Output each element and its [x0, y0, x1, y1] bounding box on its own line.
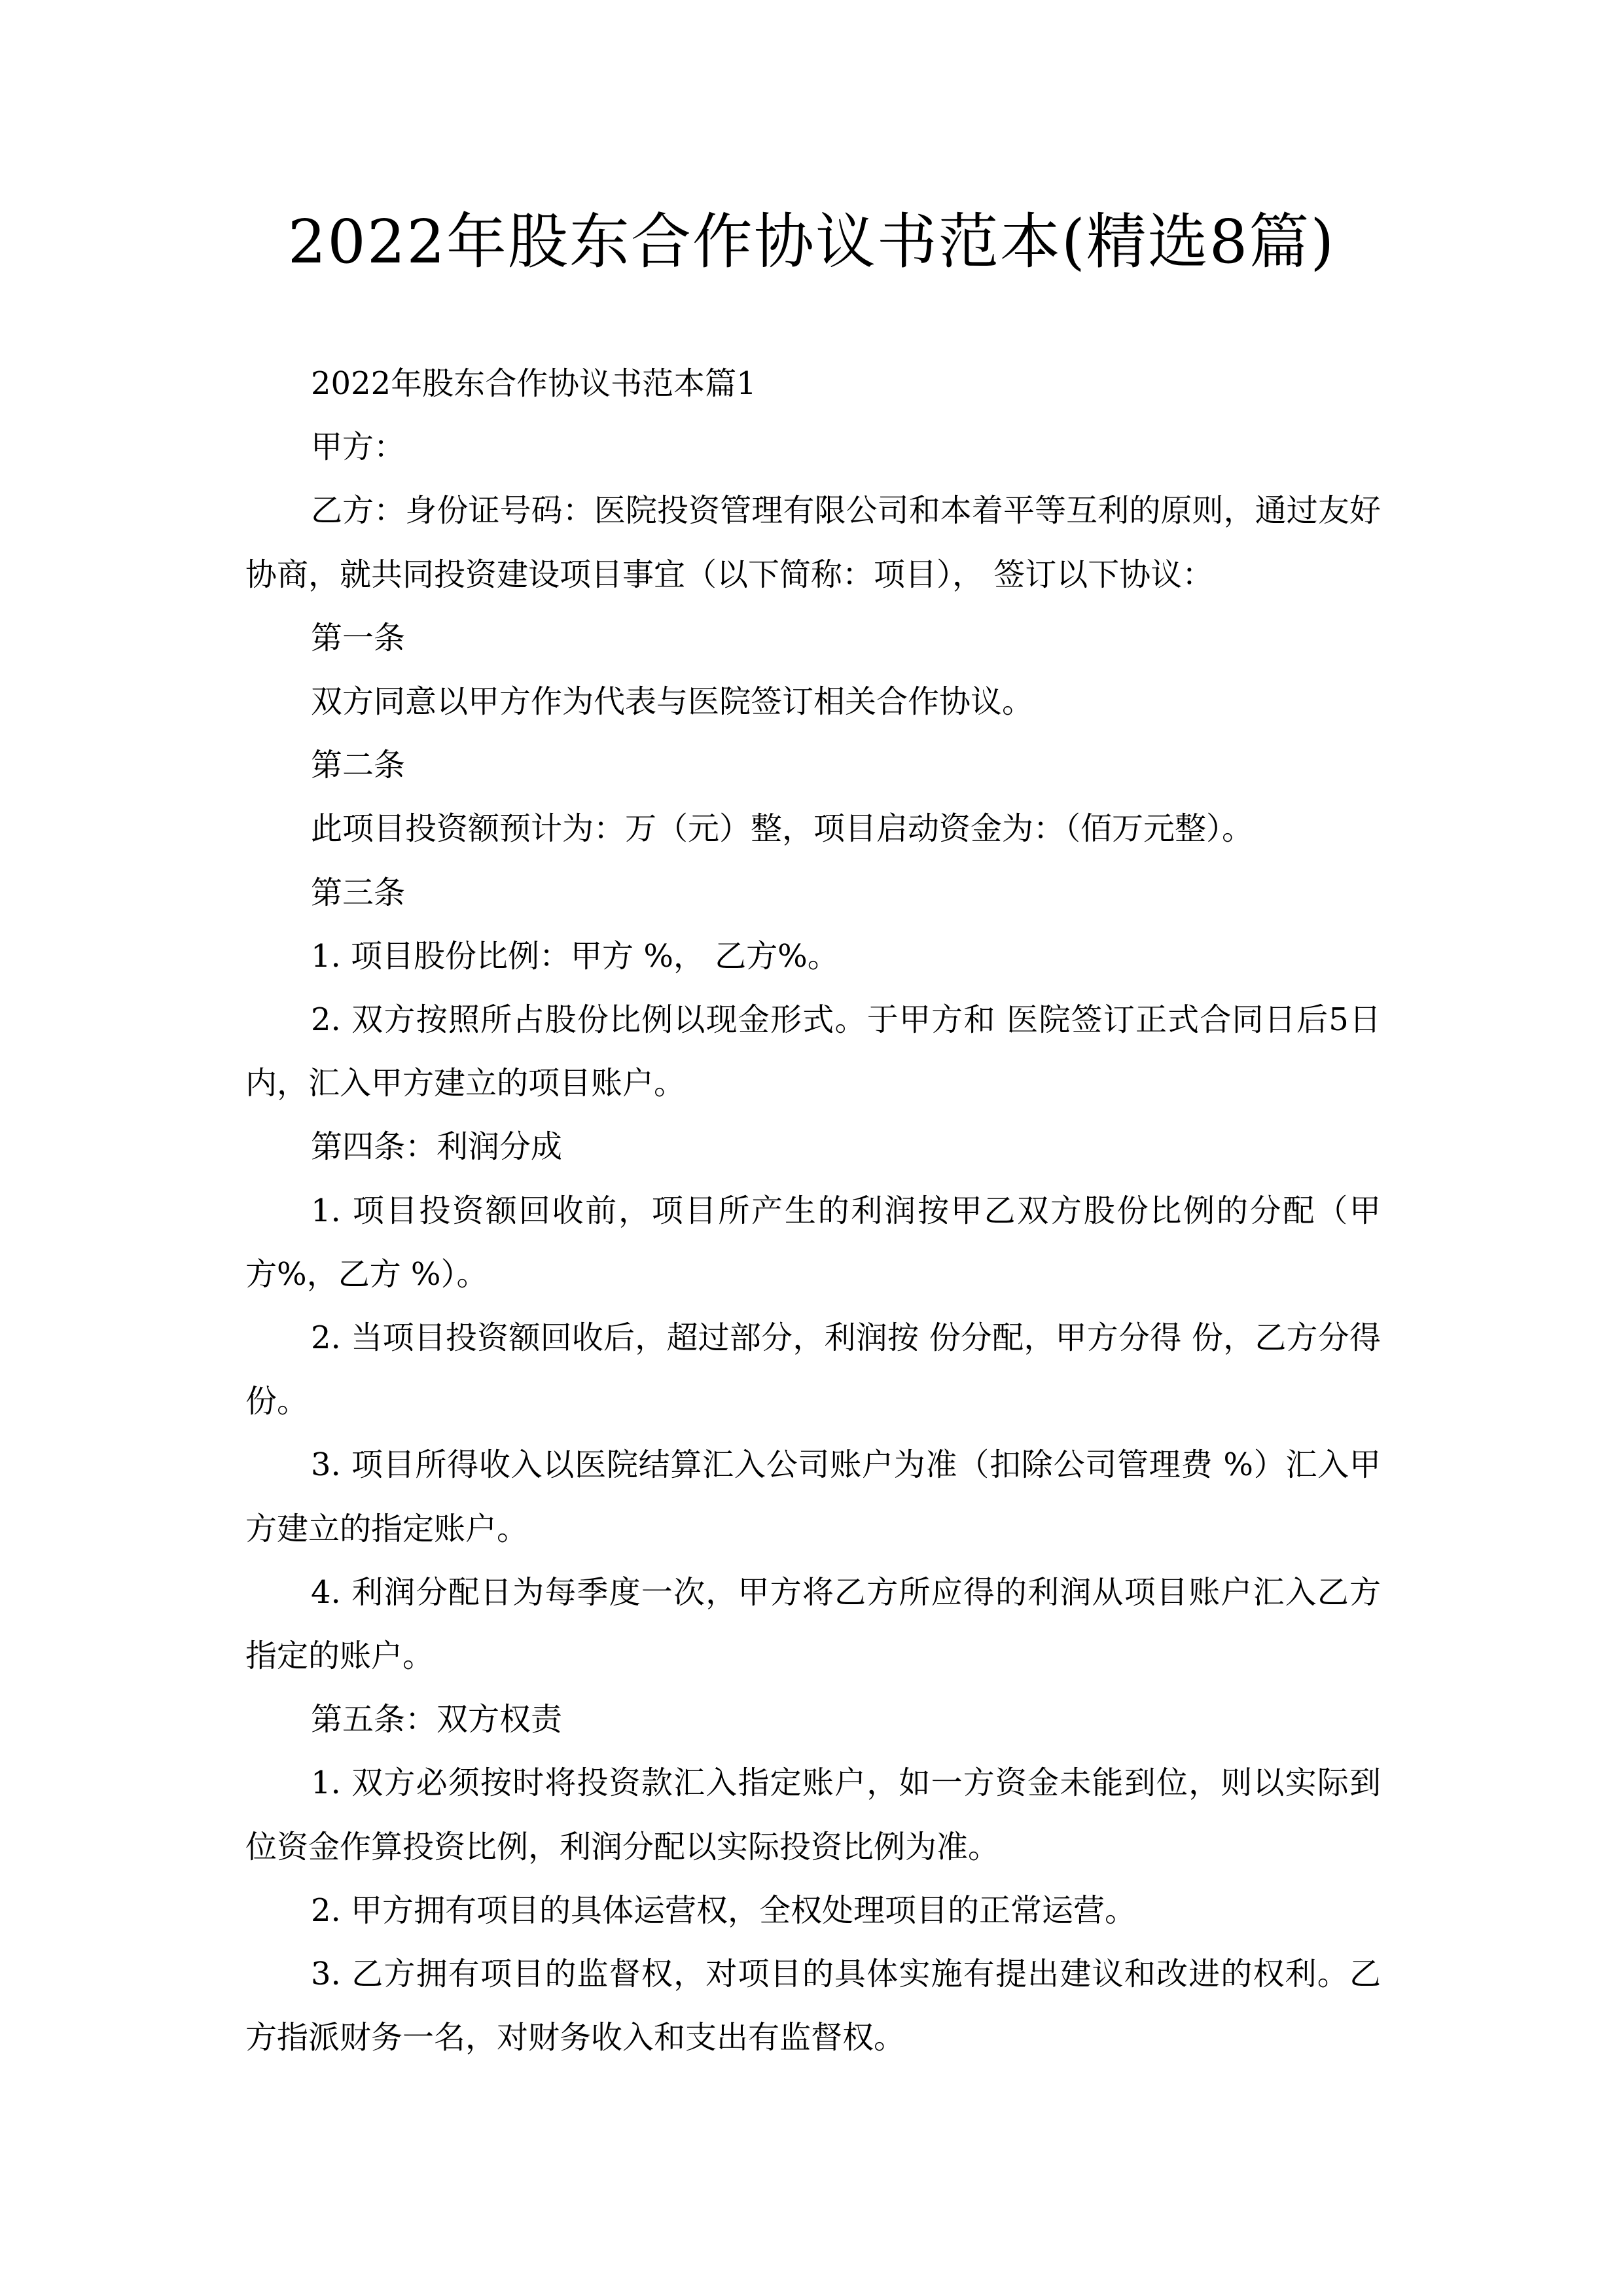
clause-heading-3: 第三条	[245, 861, 1381, 925]
clause-3-item-2: 2. 双方按照所占股份比例以现金形式。于甲方和 医院签订正式合同日后5日内，汇入…	[245, 988, 1381, 1115]
section-heading-article-1: 2022年股东合作协议书范本篇1	[245, 352, 1381, 416]
clause-4-item-3: 3. 项目所得收入以医院结算汇入公司账户为准（扣除公司管理费 %）汇入甲方建立的…	[245, 1433, 1381, 1560]
clause-5-item-2: 2. 甲方拥有项目的具体运营权，全权处理项目的正常运营。	[245, 1879, 1381, 1943]
clause-heading-5: 第五条：双方权责	[245, 1688, 1381, 1751]
party-a-line: 甲方：	[245, 416, 1381, 479]
clause-3-item-1: 1. 项目股份比例：甲方 %， 乙方%。	[245, 925, 1381, 988]
clause-4-item-2: 2. 当项目投资额回收后，超过部分，利润按 份分配，甲方分得 份，乙方分得 份。	[245, 1306, 1381, 1433]
clause-5-item-3: 3. 乙方拥有项目的监督权，对项目的具体实施有提出建议和改进的权利。乙方指派财务…	[245, 1943, 1381, 2070]
clause-heading-4: 第四条：利润分成	[245, 1115, 1381, 1179]
document-page: 2022年股东合作协议书范本(精选8篇) 2022年股东合作协议书范本篇1 甲方…	[0, 0, 1623, 2296]
clause-heading-2: 第二条	[245, 734, 1381, 797]
clause-4-item-4: 4. 利润分配日为每季度一次，甲方将乙方所应得的利润从项目账户汇入乙方指定的账户…	[245, 1561, 1381, 1688]
party-b-intro-paragraph: 乙方：身份证号码：医院投资管理有限公司和本着平等互利的原则，通过友好协商，就共同…	[245, 479, 1381, 606]
clause-heading-1: 第一条	[245, 607, 1381, 670]
clause-2-text: 此项目投资额预计为：万（元）整，项目启动资金为：（佰万元整）。	[245, 797, 1381, 861]
clause-1-text: 双方同意以甲方作为代表与医院签订相关合作协议。	[245, 670, 1381, 734]
document-body: 2022年股东合作协议书范本篇1 甲方： 乙方：身份证号码：医院投资管理有限公司…	[245, 352, 1381, 2070]
document-title: 2022年股东合作协议书范本(精选8篇)	[0, 196, 1623, 288]
clause-4-item-1: 1. 项目投资额回收前，项目所产生的利润按甲乙双方股份比例的分配（甲方%，乙方 …	[245, 1179, 1381, 1306]
clause-5-item-1: 1. 双方必须按时将投资款汇入指定账户，如一方资金未能到位，则以实际到位资金作算…	[245, 1751, 1381, 1878]
